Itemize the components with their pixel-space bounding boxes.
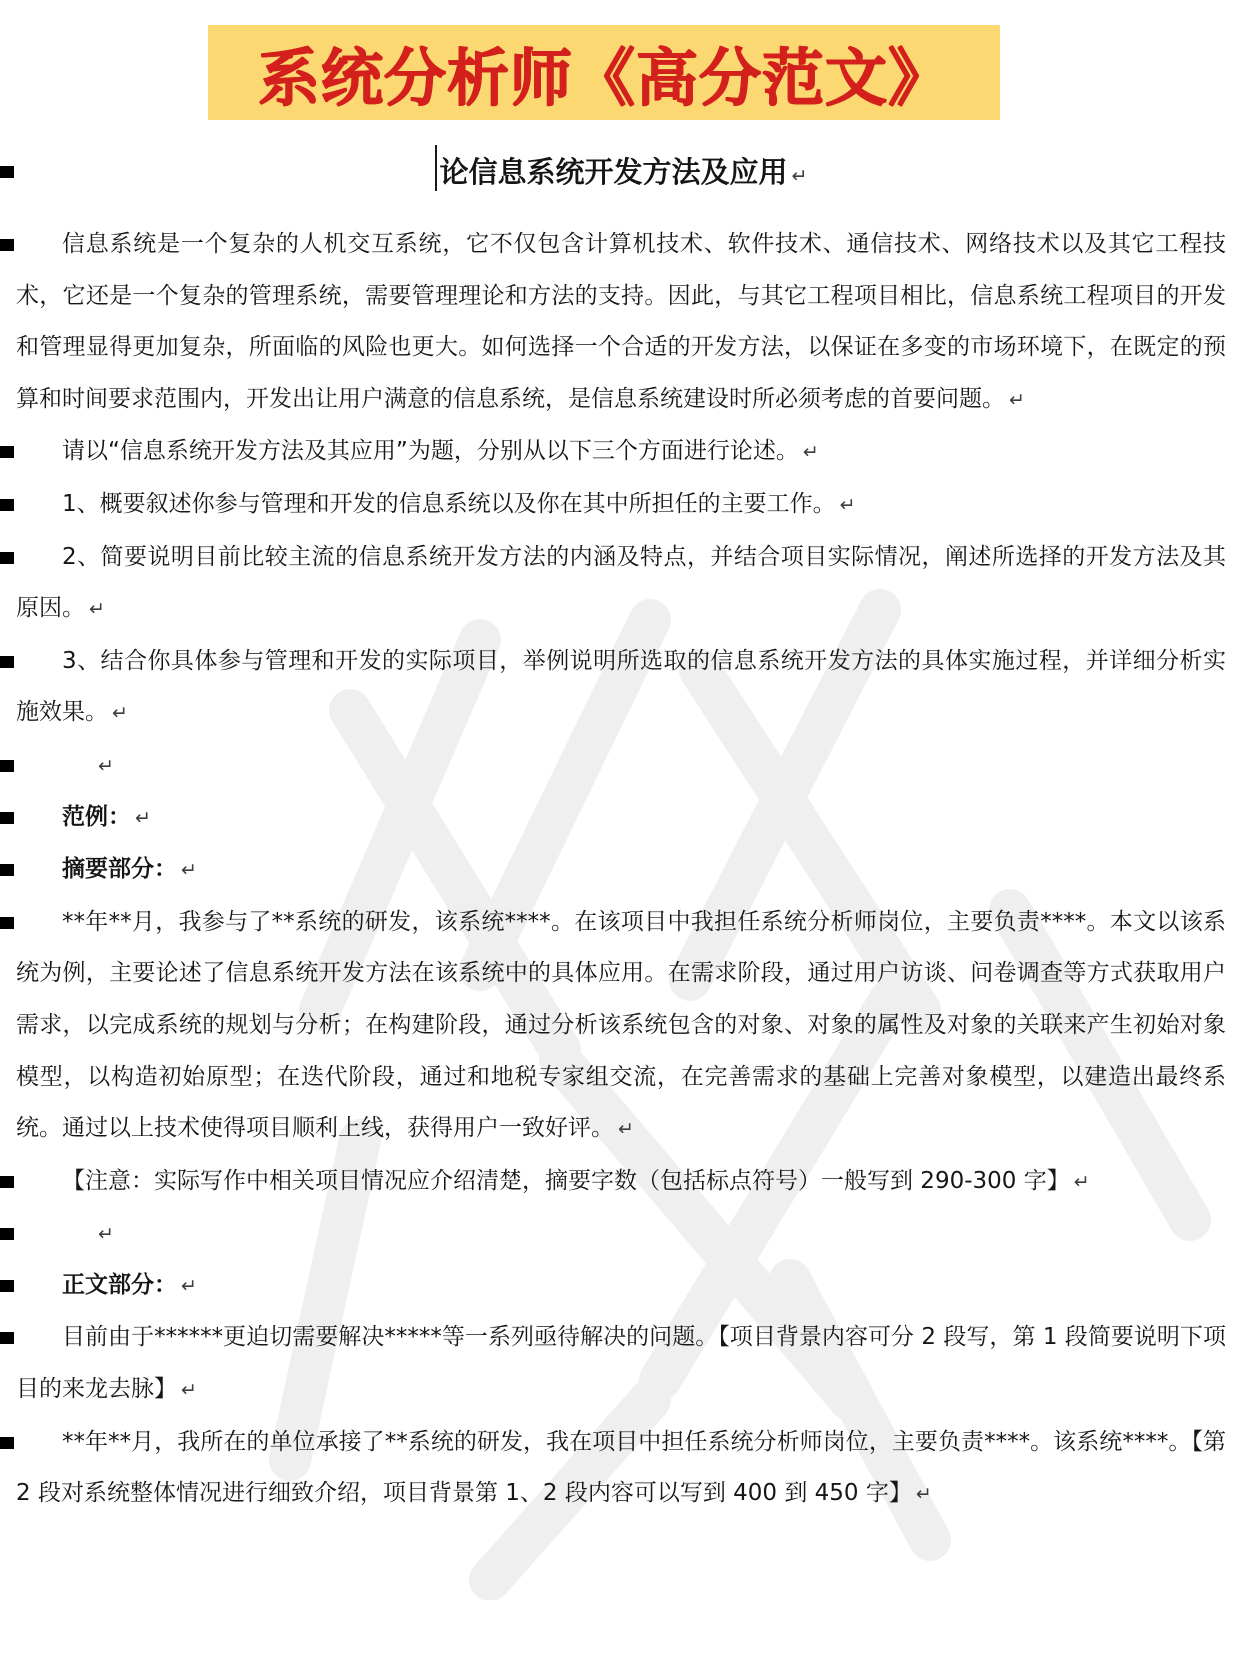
paragraph-text: 【注意：实际写作中相关项目情况应介绍清楚，摘要字数（包括标点符号）一般写到 29…: [62, 1168, 1070, 1194]
document-paragraph[interactable]: 1、概要叙述你参与管理和开发的信息系统以及你在其中所担任的主要工作。↵: [0, 479, 1242, 532]
document-paragraph[interactable]: **年**月，我参与了**系统的研发，该系统****。在该项目中我担任系统分析师…: [0, 897, 1242, 1156]
document-paragraphs[interactable]: 信息系统是一个复杂的人机交互系统，它不仅包含计算机技术、软件技术、通信技术、网络…: [0, 219, 1242, 1521]
paragraph-text: 范例：: [62, 804, 131, 830]
margin-bullet-marker: [0, 166, 14, 178]
margin-bullet-marker: [0, 1437, 14, 1449]
banner-title: 系统分析师《高分范文》: [257, 28, 950, 117]
paragraph-mark-icon: ↵: [618, 1104, 634, 1156]
paragraph-mark-icon: ↵: [1074, 1157, 1090, 1209]
paragraph-text: 摘要部分：: [62, 856, 177, 882]
document-paragraph[interactable]: 信息系统是一个复杂的人机交互系统，它不仅包含计算机技术、软件技术、通信技术、网络…: [0, 219, 1242, 426]
margin-bullet-marker: [0, 1332, 14, 1344]
document-paragraph[interactable]: 【注意：实际写作中相关项目情况应介绍清楚，摘要字数（包括标点符号）一般写到 29…: [0, 1156, 1242, 1209]
paragraph-mark-icon: ↵: [112, 688, 128, 740]
document-paragraph[interactable]: **年**月，我所在的单位承接了**系统的研发，我在项目中担任系统分析师岗位，主…: [0, 1417, 1242, 1521]
paragraph-text: **年**月，我所在的单位承接了**系统的研发，我在项目中担任系统分析师岗位，主…: [16, 1429, 1226, 1507]
document-paragraph[interactable]: 正文部分：↵: [0, 1260, 1242, 1313]
paragraph-mark-icon: ↵: [792, 144, 808, 208]
paragraph-mark-icon: ↵: [181, 1365, 197, 1417]
paragraph-text: 目前由于******更迫切需要解决*****等一系列亟待解决的问题。【项目背景内…: [16, 1324, 1226, 1402]
paragraph-text: 2、简要说明目前比较主流的信息系统开发方法的内涵及特点，并结合项目实际情况，阐述…: [16, 544, 1226, 622]
document-canvas[interactable]: 论信息系统开发方法及应用↵ 信息系统是一个复杂的人机交互系统，它不仅包含计算机技…: [0, 140, 1242, 1521]
paragraph-text: 请以“信息系统开发方法及其应用”为题，分别从以下三个方面进行论述。: [62, 438, 799, 464]
paragraph-mark-icon: ↵: [840, 480, 856, 532]
paragraph-text: 正文部分：: [62, 1272, 177, 1298]
document-paragraph[interactable]: 3、结合你具体参与管理和开发的实际项目，举例说明所选取的信息系统开发方法的具体实…: [0, 636, 1242, 740]
margin-bullet-marker: [0, 552, 14, 564]
paragraph-text: 信息系统是一个复杂的人机交互系统，它不仅包含计算机技术、软件技术、通信技术、网络…: [16, 231, 1226, 412]
paragraph-mark-icon: ↵: [98, 1209, 114, 1261]
paragraph-mark-icon: ↵: [181, 845, 197, 897]
margin-bullet-marker: [0, 917, 14, 929]
margin-bullet-marker: [0, 760, 14, 772]
paragraph-text: 1、概要叙述你参与管理和开发的信息系统以及你在其中所担任的主要工作。: [62, 491, 836, 517]
document-paragraph[interactable]: ↵: [0, 1208, 1242, 1260]
document-paragraph[interactable]: 2、简要说明目前比较主流的信息系统开发方法的内涵及特点，并结合项目实际情况，阐述…: [0, 532, 1242, 636]
course-banner: 系统分析师《高分范文》: [208, 25, 1000, 120]
paragraph-text: 3、结合你具体参与管理和开发的实际项目，举例说明所选取的信息系统开发方法的具体实…: [16, 648, 1226, 726]
margin-bullet-marker: [0, 499, 14, 511]
margin-bullet-marker: [0, 239, 14, 251]
paragraph-mark-icon: ↵: [98, 741, 114, 793]
document-paragraph[interactable]: 请以“信息系统开发方法及其应用”为题，分别从以下三个方面进行论述。↵: [0, 426, 1242, 479]
paragraph-mark-icon: ↵: [1009, 375, 1025, 427]
paragraph-mark-icon: ↵: [89, 584, 105, 636]
document-title: 论信息系统开发方法及应用: [440, 155, 788, 189]
margin-bullet-marker: [0, 1280, 14, 1292]
paragraph-mark-icon: ↵: [803, 427, 819, 479]
document-title-line[interactable]: 论信息系统开发方法及应用↵: [0, 140, 1242, 208]
document-paragraph[interactable]: ↵: [0, 740, 1242, 792]
page: { "banner": { "text": "系统分析师《高分范文》", "bg…: [0, 0, 1242, 1656]
margin-bullet-marker: [0, 656, 14, 668]
margin-bullet-marker: [0, 1228, 14, 1240]
paragraph-mark-icon: ↵: [916, 1469, 932, 1521]
margin-bullet-marker: [0, 812, 14, 824]
document-paragraph[interactable]: 目前由于******更迫切需要解决*****等一系列亟待解决的问题。【项目背景内…: [0, 1312, 1242, 1416]
margin-bullet-marker: [0, 446, 14, 458]
document-paragraph[interactable]: 摘要部分：↵: [0, 844, 1242, 897]
margin-bullet-marker: [0, 1176, 14, 1188]
text-cursor-icon: [435, 145, 437, 191]
paragraph-mark-icon: ↵: [135, 793, 151, 845]
paragraph-mark-icon: ↵: [181, 1261, 197, 1313]
margin-bullet-marker: [0, 864, 14, 876]
document-paragraph[interactable]: 范例：↵: [0, 792, 1242, 845]
